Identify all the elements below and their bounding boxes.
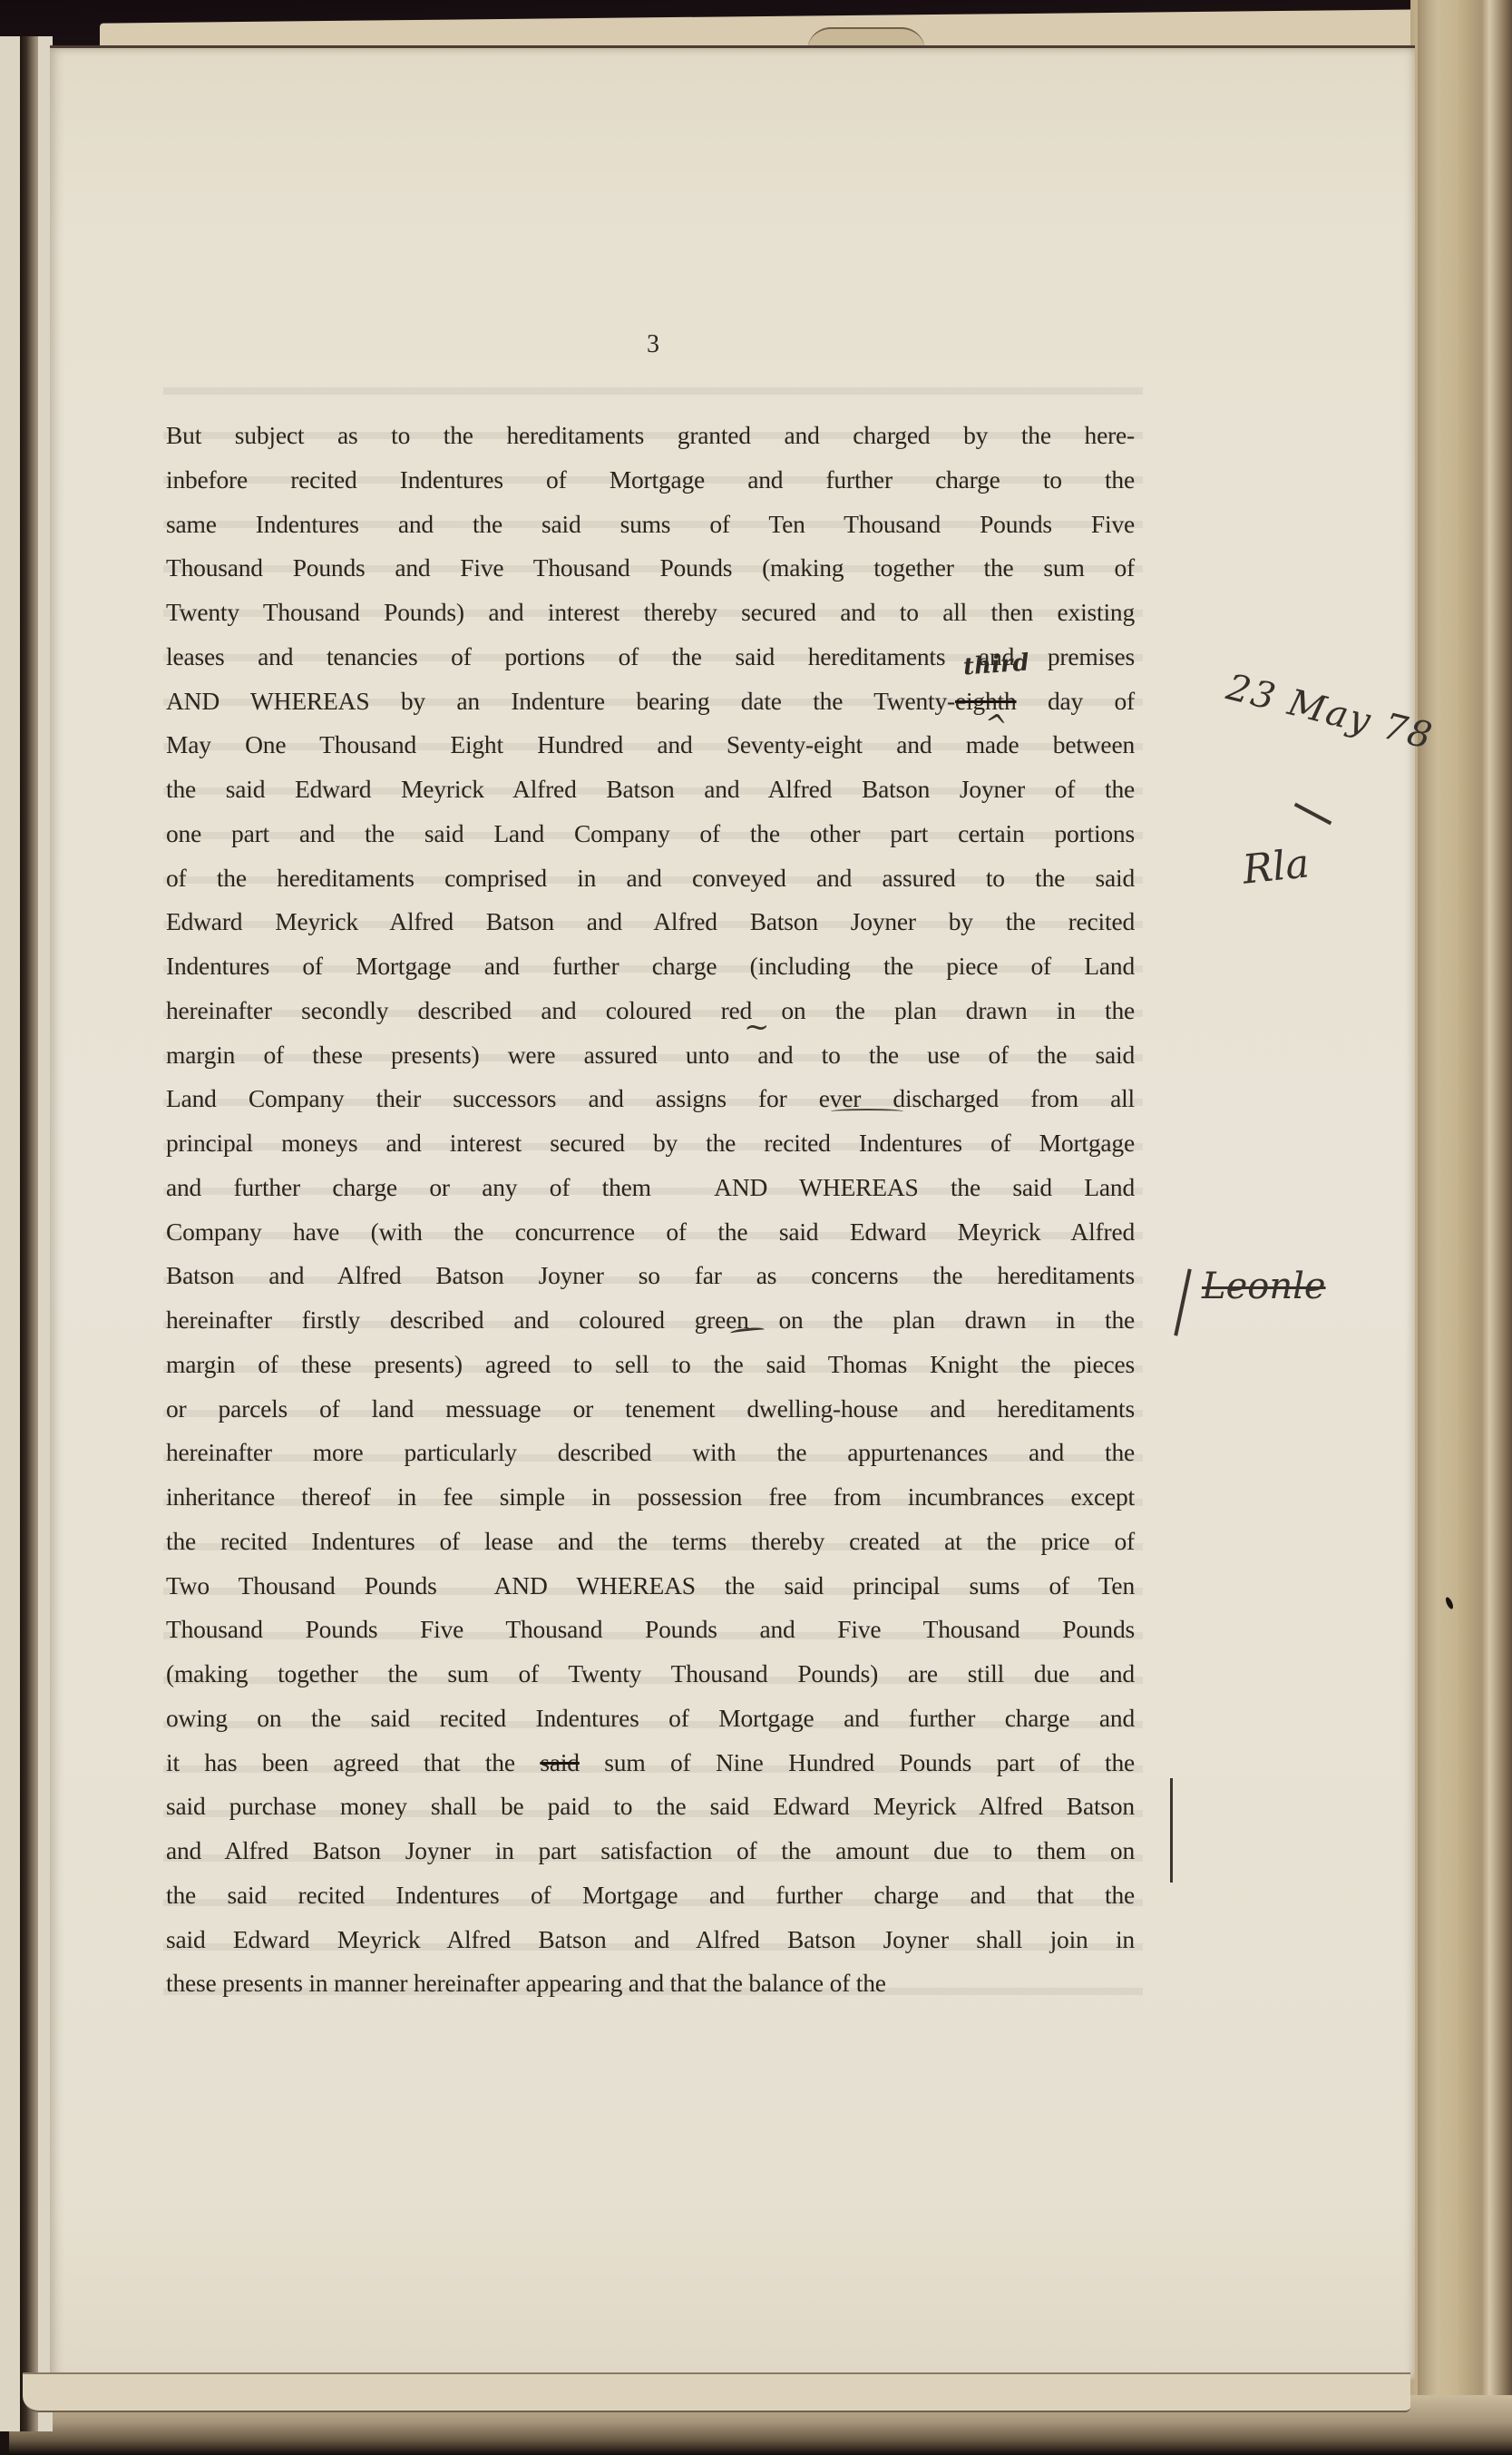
text-line: Thousand Pounds and Five Thousand Pounds…	[166, 546, 1135, 591]
text-line: margin of these presents) agreed to sell…	[166, 1343, 1135, 1387]
text-line: Thousand Pounds Five Thousand Pounds and…	[166, 1608, 1135, 1652]
text-line: But subject as to the hereditaments gran…	[166, 414, 1135, 458]
text-line: the said Edward Meyrick Alfred Batson an…	[166, 768, 1135, 812]
text-line: owing on the said recited Indentures of …	[166, 1697, 1135, 1741]
text-line: Indentures of Mortgage and further charg…	[166, 944, 1135, 989]
text-line: said purchase money shall be paid to the…	[166, 1785, 1135, 1829]
text-line: Company have (with the concurrence of th…	[166, 1210, 1135, 1255]
text-line: or parcels of land messuage or tenement …	[166, 1387, 1135, 1432]
page-bottom-fold	[23, 2372, 1410, 2412]
text-line: of the hereditaments comprised in and co…	[166, 856, 1135, 901]
text-line: and Alfred Batson Joyner in part satisfa…	[166, 1829, 1135, 1873]
struck-word: eighth	[955, 687, 1017, 715]
binding-gutter	[20, 36, 38, 2431]
text-line: Edward Meyrick Alfred Batson and Alfred …	[166, 900, 1135, 944]
text-line: May One Thousand Eight Hundred and Seven…	[166, 723, 1135, 768]
text-line: these presents in manner hereinafter app…	[166, 1961, 1135, 2006]
text-line: Batson and Alfred Batson Joyner so far a…	[166, 1254, 1135, 1298]
document-body: But subject as to the hereditaments gran…	[166, 414, 1135, 2006]
text-line: Two Thousand Pounds AND WHEREAS the said…	[166, 1564, 1135, 1609]
text-line: hereinafter firstly described and colour…	[166, 1298, 1135, 1343]
text-line: Land Company their successors and assign…	[166, 1077, 1135, 1121]
text-line: the said recited Indentures of Mortgage …	[166, 1873, 1135, 1918]
text-line: one part and the said Land Company of th…	[166, 812, 1135, 856]
text-line: AND WHEREAS by an Indenture bearing date…	[166, 680, 1135, 724]
text-line: said Edward Meyrick Alfred Batson and Al…	[166, 1918, 1135, 1962]
text-line: hereinafter secondly described and colou…	[166, 989, 1135, 1033]
text-line: hereinafter more particularly described …	[166, 1431, 1135, 1475]
text-line: inbefore recited Indentures of Mortgage …	[166, 458, 1135, 503]
text-line: the recited Indentures of lease and the …	[166, 1520, 1135, 1564]
text-line: principal moneys and interest secured by…	[166, 1121, 1135, 1166]
struck-word: said	[540, 1748, 580, 1776]
text-line: same Indentures and the said sums of Ten…	[166, 503, 1135, 547]
text-line: and further charge or any of them AND WH…	[166, 1166, 1135, 1210]
page-stack-edges	[1410, 0, 1512, 2440]
text-line: Twenty Thousand Pounds) and interest the…	[166, 591, 1135, 635]
text-line: margin of these presents) were assured u…	[166, 1033, 1135, 1078]
page-number: 3	[635, 330, 671, 359]
text-line: inheritance thereof in fee simple in pos…	[166, 1475, 1135, 1520]
text-line: it has been agreed that the said sum of …	[166, 1741, 1135, 1785]
page-stack-shadow	[1418, 0, 1438, 2440]
text-line: (making together the sum of Twenty Thous…	[166, 1652, 1135, 1697]
text-line: leases and tenancies of portions of the …	[166, 635, 1135, 680]
